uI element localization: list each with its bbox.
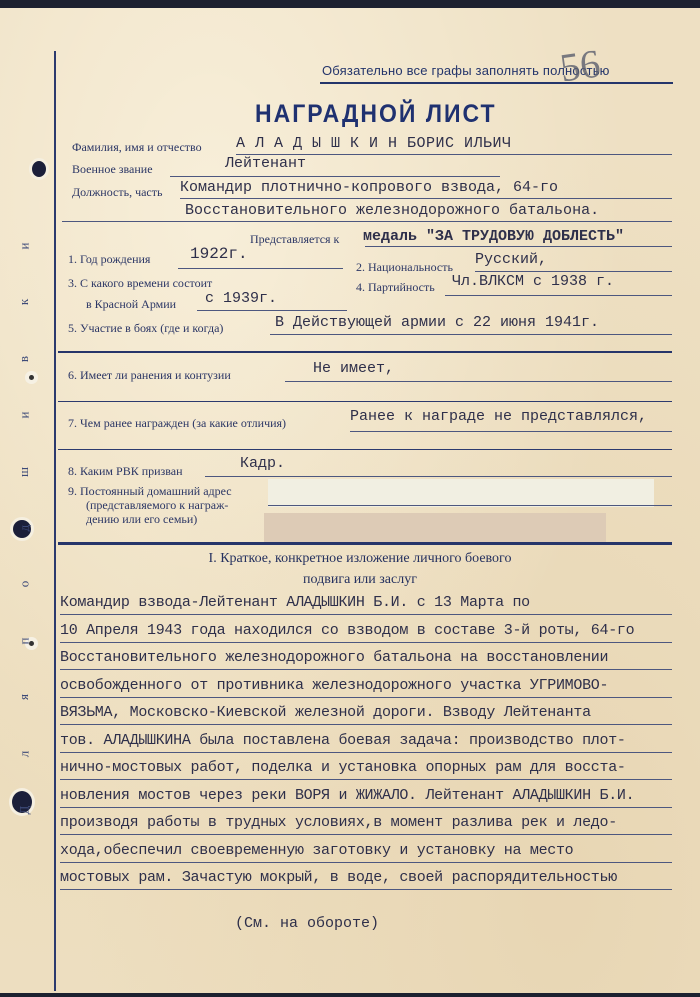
margin-letter: л [16,750,32,757]
wounds-label: 6. Имеет ли ранения и контузии [68,368,231,383]
field-line [475,271,672,272]
prior-awards-label: 7. Чем ранее награжден (за какие отличия… [68,416,286,431]
address-label-2: (представляемого к награж- [86,498,228,513]
field-line [178,268,343,269]
field-line [62,221,672,222]
army-since-value: с 1939г. [205,290,277,307]
birth-year-label: 1. Год рождения [68,252,150,267]
margin-letter: п [16,637,32,644]
field-line [170,176,500,177]
margin-letter: Д [16,805,32,814]
field-line [180,198,672,199]
merit-text-line: хода,обеспечил своевременную заготовку и… [60,842,672,859]
merit-text-line: Восстановительного железнодорожного бата… [60,649,672,666]
merit-text-line: нично-мостовых работ, поделка и установк… [60,759,672,776]
merit-text-line: 10 Апреля 1943 года находился со взводом… [60,622,672,639]
merit-text-line: производя работы в трудных условиях,в мо… [60,814,672,831]
ruled-line [60,779,672,780]
nationality-value: Русский, [475,251,547,268]
name-label: Фамилия, имя и отчество [72,140,202,155]
ruled-line [60,669,672,670]
name-value: А Л А Д Ы Ш К И Н БОРИС ИЛЬИЧ [236,135,512,152]
field-line [285,381,672,382]
ruled-line [60,697,672,698]
section-subtitle: подвига или заслуг [60,572,660,588]
section-divider [58,542,672,545]
margin-letter: я [16,694,32,700]
battles-value: В Действующей армии с 22 июня 1941г. [275,314,599,331]
ruled-line [60,834,672,835]
army-since-label-1: 3. С какого времени состоит [68,276,212,291]
ruled-line [60,642,672,643]
rank-value: Лейтенант [225,155,306,172]
punch-hole [32,161,46,177]
field-line [365,246,672,247]
field-line [197,310,347,311]
party-value: Чл.ВЛКСМ с 1938 г. [452,273,614,290]
wounds-value: Не имеет, [313,360,394,377]
rvk-value: Кадр. [240,455,285,472]
page-title: НАГРАДНОЙ ЛИСТ [255,99,497,129]
field-line [270,334,672,335]
merit-text-line: мостовых рам. Зачастую мокрый, в воде, с… [60,869,672,886]
section-title: I. Краткое, конкретное изложение личного… [60,551,660,567]
handwritten-page-number: 56 [557,39,603,91]
ruled-line [60,807,672,808]
margin-letter: к [16,299,32,305]
award-value: медаль "ЗА ТРУДОВУЮ ДОБЛЕСТЬ" [363,228,624,245]
ruled-line [60,614,672,615]
award-sheet: Д л я п о д ш и в к и Обязательно все гр… [0,8,700,993]
merit-text-line: освобожденного от противника железнодоро… [60,677,672,694]
ruled-line [60,752,672,753]
merit-text-line: новления мостов через реки ВОРЯ и ЖИЖАЛО… [60,787,672,804]
section-divider [58,401,672,402]
prior-awards-value: Ранее к награде не представлялся, [350,408,647,425]
position-label: Должность, часть [72,185,162,200]
ruled-line [60,724,672,725]
award-label: Представляется к [250,232,339,247]
margin-letter: в [16,356,32,362]
section-divider [58,351,672,353]
rank-label: Военное звание [72,162,153,177]
margin-letter: и [16,243,32,250]
field-line [445,295,672,296]
merit-text-line: тов. АЛАДЫШКИНА была поставлена боевая з… [60,732,672,749]
rvk-label: 8. Каким РВК призван [68,464,183,479]
ruled-line [60,862,672,863]
party-label: 4. Партийность [356,280,435,295]
merit-text-line: Командир взвода-Лейтенант АЛАДЫШКИН Б.И.… [60,594,672,611]
margin-letter: и [16,412,32,419]
birth-year-value: 1922г. [190,245,248,263]
field-line [205,476,672,477]
redacted-address-block [268,479,654,507]
note-underline [320,82,673,84]
margin-letter: д [16,525,32,532]
position-value-line2: Восстановительного железнодорожного бата… [185,202,599,219]
margin-letter: ш [16,467,32,477]
position-value-line1: Командир плотнично-копрового взвода, 64-… [180,179,558,196]
army-since-label-2: в Красной Армии [86,297,176,312]
section-divider [58,449,672,450]
ruled-line [60,889,672,890]
margin-letter: о [16,581,32,588]
continued-note: (См. на обороте) [235,915,379,932]
field-line [268,505,672,506]
address-label-1: 9. Постоянный домашний адрес [68,484,232,499]
nationality-label: 2. Национальность [356,260,453,275]
margin-binding-label: Д л я п о д ш и в к и [10,238,38,818]
field-line [350,431,672,432]
merit-text-line: ВЯЗЬМА, Московско-Киевской железной доро… [60,704,672,721]
battles-label: 5. Участие в боях (где и когда) [68,321,223,336]
address-label-3: дению или его семьи) [86,512,197,527]
margin-rule [54,51,56,991]
redacted-address-block [264,513,606,545]
